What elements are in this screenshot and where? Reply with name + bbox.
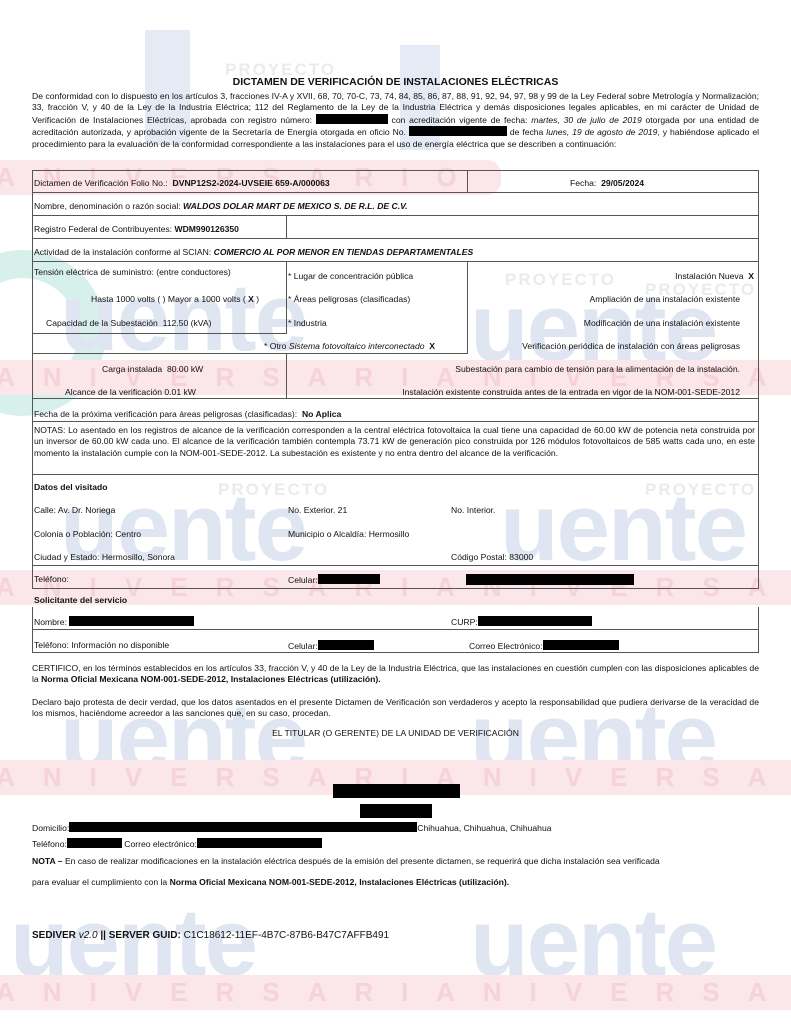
folio-label: Dictamen de Verificación Folio No.: <box>34 178 168 188</box>
document-title: DICTAMEN DE VERIFICACIÓN DE INSTALACIONE… <box>0 76 791 88</box>
footer-guid-label: SERVER GUID: <box>109 930 181 941</box>
nota-text: En caso de realizar modificaciones en la… <box>63 856 660 866</box>
modificacion: Modificación de una instalación existent… <box>584 318 740 328</box>
redacted-domicilio <box>69 822 417 832</box>
table-divider <box>32 192 759 193</box>
redacted-signature-title <box>360 804 432 818</box>
solicitante-correo: Correo Electrónico: <box>469 640 619 651</box>
fecha-field: Fecha: 29/05/2024 <box>570 178 644 188</box>
tension-hasta-1000: Hasta 1000 volts ( ) <box>91 294 166 304</box>
table-divider <box>32 353 468 354</box>
nota-label: NOTA – <box>32 856 63 866</box>
footer-server-info: SEDIVER v2.0 || SERVER GUID: C1C18612-11… <box>32 930 389 941</box>
table-divider <box>467 170 468 192</box>
table-divider <box>286 353 287 398</box>
redacted-signature-name <box>333 784 460 798</box>
correo-label: Correo Electrónico: <box>469 641 543 651</box>
contacto-correo-label: Correo electrónico: <box>124 839 197 849</box>
carga-value: 80.00 kW <box>167 364 203 374</box>
alcance-label: Alcance de la verificación <box>65 387 162 397</box>
redacted-registry-number <box>316 114 388 124</box>
proxima-verificacion: Fecha de la próxima verificación para ár… <box>34 409 341 419</box>
nota-line-1: NOTA – En caso de realizar modificacione… <box>32 856 660 866</box>
table-divider <box>286 215 287 238</box>
otro-mark: X <box>429 341 435 351</box>
tension-label: Tensión eléctrica de suministro: (entre … <box>34 267 231 277</box>
alcance-value: 0.01 kW <box>164 387 196 397</box>
nueva-label: Instalación Nueva <box>675 271 743 281</box>
footer-app-name: SEDIVER <box>32 930 76 941</box>
solicitante-telefono: Teléfono: Información no disponible <box>34 640 169 650</box>
table-divider <box>286 261 287 333</box>
razon-social-value: WALDOS DOLAR MART DE MEXICO S. DE R.L. D… <box>183 201 407 211</box>
tension-options: Hasta 1000 volts ( ) Mayor a 1000 volts … <box>91 294 259 304</box>
table-divider <box>32 629 759 630</box>
table-divider <box>32 474 759 475</box>
solicitante-nombre: Nombre: <box>34 616 194 627</box>
visitado-municipio: Municipio o Alcaldía: Hermosillo <box>288 529 409 539</box>
visitado-ciudad: Ciudad y Estado: Hermosillo, Sonora <box>34 552 175 562</box>
domicilio: Domicilio:Chihuahua, Chihuahua, Chihuahu… <box>32 822 552 833</box>
tension-mayor-1000: Mayor a 1000 volts ( <box>168 294 246 304</box>
footer-separator: || <box>98 930 109 941</box>
visitado-cp: Código Postal: 83000 <box>451 552 533 562</box>
proxima-value: No Aplica <box>302 409 341 419</box>
nueva-mark: X <box>748 271 754 281</box>
carga-label: Carga instalada <box>102 364 162 374</box>
visitado-calle: Calle: Av. Dr. Noriega <box>34 505 115 515</box>
table-divider <box>32 333 287 334</box>
intro-paragraph: De conformidad con lo dispuesto en los a… <box>32 91 759 150</box>
alcance-verificacion: Alcance de la verificación 0.01 kW <box>65 387 196 397</box>
actividad-value: COMERCIO AL POR MENOR EN TIENDAS DEPARTA… <box>214 247 474 257</box>
actividad-label: Actividad de la instalación conforme al … <box>34 247 211 257</box>
declaro-paragraph: Declaro bajo protesta de decir verdad, q… <box>32 697 759 720</box>
notas: NOTAS: Lo asentado en los registros de a… <box>34 425 755 459</box>
contacto-telefono-label: Teléfono: <box>32 839 67 849</box>
redacted-value <box>466 574 634 585</box>
visitado-celular: Celular: <box>288 574 380 585</box>
instalacion-nueva: Instalación Nueva X <box>675 271 754 281</box>
lugar-concentracion: * Lugar de concentración pública <box>288 271 413 281</box>
intro-text: con acreditación vigente de fecha: <box>392 115 528 125</box>
fecha-value: 29/05/2024 <box>601 178 644 188</box>
rfc-label: Registro Federal de Contribuyentes: <box>34 224 172 234</box>
verificacion-periodica: Verificación periódica de instalación co… <box>522 341 740 351</box>
certifico-norma: Norma Oficial Mexicana NOM-001-SEDE-2012… <box>41 674 381 684</box>
nota-norma: Norma Oficial Mexicana NOM-001-SEDE-2012… <box>170 877 510 887</box>
table-divider <box>32 215 759 216</box>
footer-version: v2.0 <box>79 930 98 941</box>
otro-value: Sistema fotovoltaico interconectado <box>289 341 425 351</box>
redacted-celular <box>318 574 380 584</box>
table-divider <box>32 565 759 566</box>
footer-guid-value: C1C18612-11EF-4B7C-87B6-B47C7AFFB491 <box>184 930 389 941</box>
razon-social-label: Nombre, denominación o razón social: <box>34 201 181 211</box>
carga-instalada: Carga instalada 80.00 kW <box>102 364 203 374</box>
approval-date: lunes, 19 de agosto de 2019 <box>546 127 657 137</box>
redacted-curp <box>478 616 592 626</box>
intro-text: de fecha <box>510 127 544 137</box>
visitado-interior: No. Interior. <box>451 505 495 515</box>
nota-line-2: para evaluar el cumplimiento con la Norm… <box>32 877 509 887</box>
celular-label: Celular: <box>288 641 318 651</box>
redacted-celular <box>318 640 374 650</box>
solicitante-curp: CURP: <box>451 616 592 627</box>
redacted-telefono <box>67 838 122 848</box>
visitado-colonia: Colonia o Población: Centro <box>34 529 141 539</box>
capacidad-label: Capacidad de la Subestación <box>46 318 158 328</box>
domicilio-label: Domicilio: <box>32 823 69 833</box>
instalacion-existente: Instalación existente construida antes d… <box>402 387 740 397</box>
accreditation-date: martes, 30 de julio de 2019 <box>531 115 642 125</box>
certifico-paragraph: CERTIFICO, en los términos establecidos … <box>32 663 759 686</box>
razon-social-field: Nombre, denominación o razón social: WAL… <box>34 201 407 211</box>
table-divider <box>32 421 759 422</box>
curp-label: CURP: <box>451 617 478 627</box>
tension-close: ) <box>256 294 259 304</box>
domicilio-city: Chihuahua, Chihuahua, Chihuahua <box>417 823 551 833</box>
solicitante-heading: Solicitante del servicio <box>34 595 127 605</box>
table-divider <box>467 261 468 353</box>
industria: * Industria <box>288 318 327 328</box>
redacted-correo <box>543 640 619 650</box>
actividad-field: Actividad de la instalación conforme al … <box>34 247 473 257</box>
otro-uso: * Otro Sistema fotovoltaico interconecta… <box>264 341 435 351</box>
areas-peligrosas: * Áreas peligrosas (clasificadas) <box>288 294 410 304</box>
ampliacion: Ampliación de una instalación existente <box>590 294 740 304</box>
rfc-value: WDM990126350 <box>174 224 239 234</box>
celular-label: Celular: <box>288 575 318 585</box>
nombre-label: Nombre: <box>34 617 67 627</box>
solicitante-celular: Celular: <box>288 640 374 651</box>
fecha-label: Fecha: <box>570 178 596 188</box>
document-page: DICTAMEN DE VERIFICACIÓN DE INSTALACIONE… <box>0 0 791 1024</box>
visitado-heading: Datos del visitado <box>34 482 108 492</box>
redacted-nombre <box>69 616 194 626</box>
solicitante-heading-text: Solicitante del servicio <box>34 595 127 605</box>
folio-value: DVNP12S2-2024-UVSEIE 659-A/000063 <box>173 178 330 188</box>
otro-label: * Otro <box>264 341 286 351</box>
capacidad-value: 112.50 (kVA) <box>163 318 212 328</box>
contacto: Teléfono: Correo electrónico: <box>32 838 322 849</box>
folio-field: Dictamen de Verificación Folio No.: DVNP… <box>34 178 330 188</box>
visitado-heading-text: Datos del visitado <box>34 482 108 492</box>
redacted-correo <box>197 838 322 848</box>
nota-text: para evaluar el cumplimiento con la <box>32 877 167 887</box>
visitado-exterior: No. Exterior. 21 <box>288 505 347 515</box>
subestacion-cambio: Subestación para cambio de tensión para … <box>455 364 740 374</box>
visitado-telefono: Teléfono: <box>34 574 69 584</box>
titular-heading: EL TITULAR (O GERENTE) DE LA UNIDAD DE V… <box>0 728 791 738</box>
table-divider <box>32 398 759 399</box>
rfc-field: Registro Federal de Contribuyentes: WDM9… <box>34 224 239 234</box>
tension-mayor-mark: X <box>248 294 254 304</box>
table-divider <box>32 261 759 262</box>
table-divider <box>32 238 759 239</box>
capacidad-subestacion: Capacidad de la Subestación 112.50 (kVA) <box>46 318 211 328</box>
redacted-office-number <box>409 126 507 136</box>
proxima-label: Fecha de la próxima verificación para ár… <box>34 409 297 419</box>
